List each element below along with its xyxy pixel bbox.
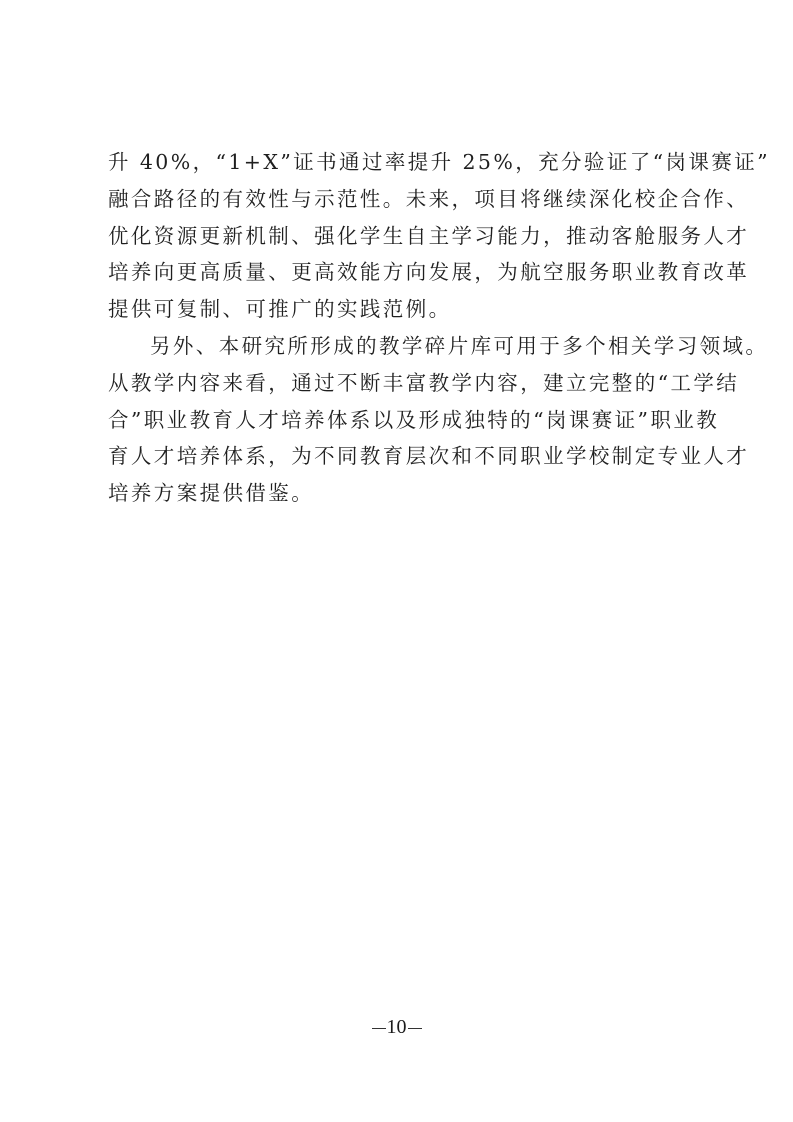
paragraph-2-line-3: 合”职业教育人才培养体系以及形成独特的“岗课赛证”职业教 [108, 402, 708, 439]
paragraph-1-line-1: 升 40%，“1+X”证书通过率提升 25%，充分验证了“岗课赛证” [108, 144, 708, 181]
paragraph-2-line-4: 育人才培养体系，为不同教育层次和不同职业学校制定专业人才 [108, 438, 708, 475]
page-number-footer: 10 [0, 1016, 793, 1039]
paragraph-1-line-4: 培养向更高质量、更高效能方向发展，为航空服务职业教育改革 [108, 254, 708, 291]
paragraph-2-line-5: 培养方案提供借鉴。 [108, 475, 708, 512]
body-text: 升 40%，“1+X”证书通过率提升 25%，充分验证了“岗课赛证” 融合路径的… [108, 144, 708, 512]
left-dash-decoration [372, 1028, 386, 1029]
page-number: 10 [387, 1016, 407, 1038]
paragraph-1-line-3: 优化资源更新机制、强化学生自主学习能力，推动客舱服务人才 [108, 218, 708, 255]
paragraph-2-line-2: 从教学内容来看，通过不断丰富教学内容，建立完整的“工学结 [108, 365, 708, 402]
right-dash-decoration [408, 1028, 422, 1029]
paragraph-1-line-5: 提供可复制、可推广的实践范例。 [108, 291, 708, 328]
paragraph-1-line-2: 融合路径的有效性与示范性。未来，项目将继续深化校企合作、 [108, 181, 708, 218]
paragraph-2-line-1: 另外、本研究所形成的教学碎片库可用于多个相关学习领域。 [108, 328, 708, 365]
document-page: 升 40%，“1+X”证书通过率提升 25%，充分验证了“岗课赛证” 融合路径的… [0, 0, 793, 1122]
